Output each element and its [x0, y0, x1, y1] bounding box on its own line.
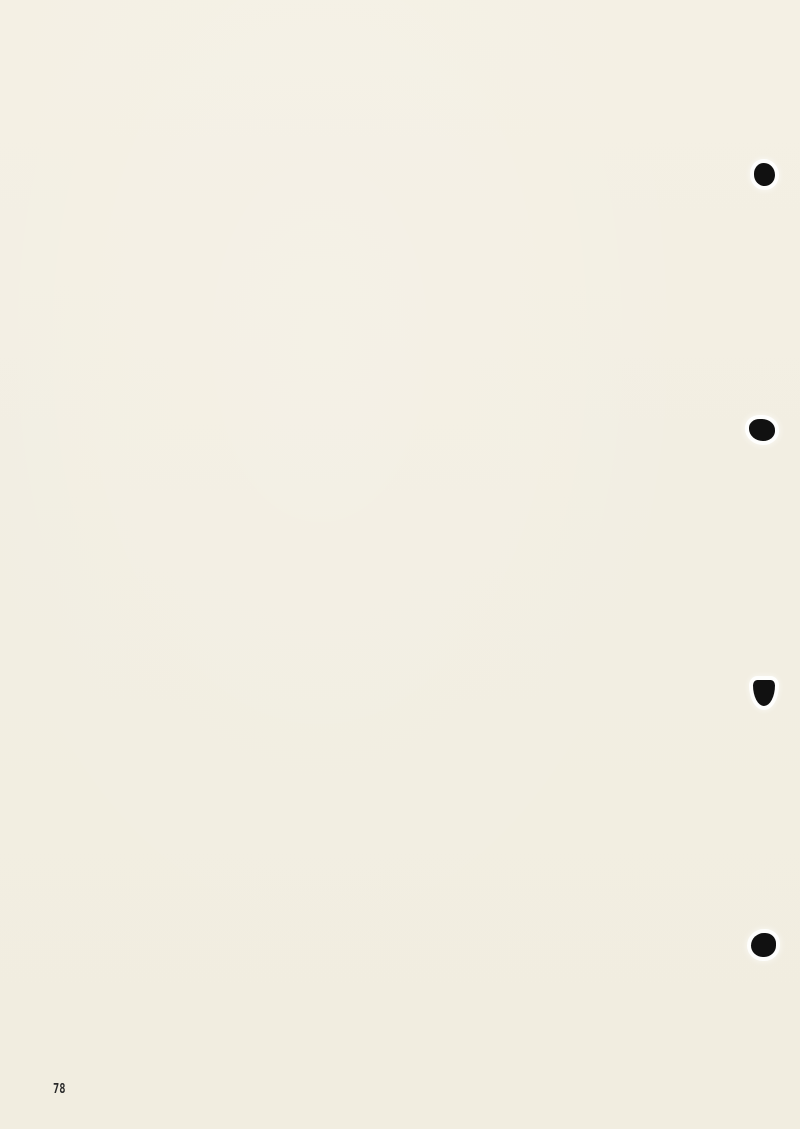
- binder-hole-icon: [751, 933, 776, 957]
- binder-hole-icon: [754, 163, 775, 186]
- blank-page: 78: [0, 0, 800, 1129]
- binder-hole-icon: [749, 419, 775, 441]
- page-number: 78: [53, 1082, 66, 1097]
- binder-hole-icon: [753, 680, 775, 706]
